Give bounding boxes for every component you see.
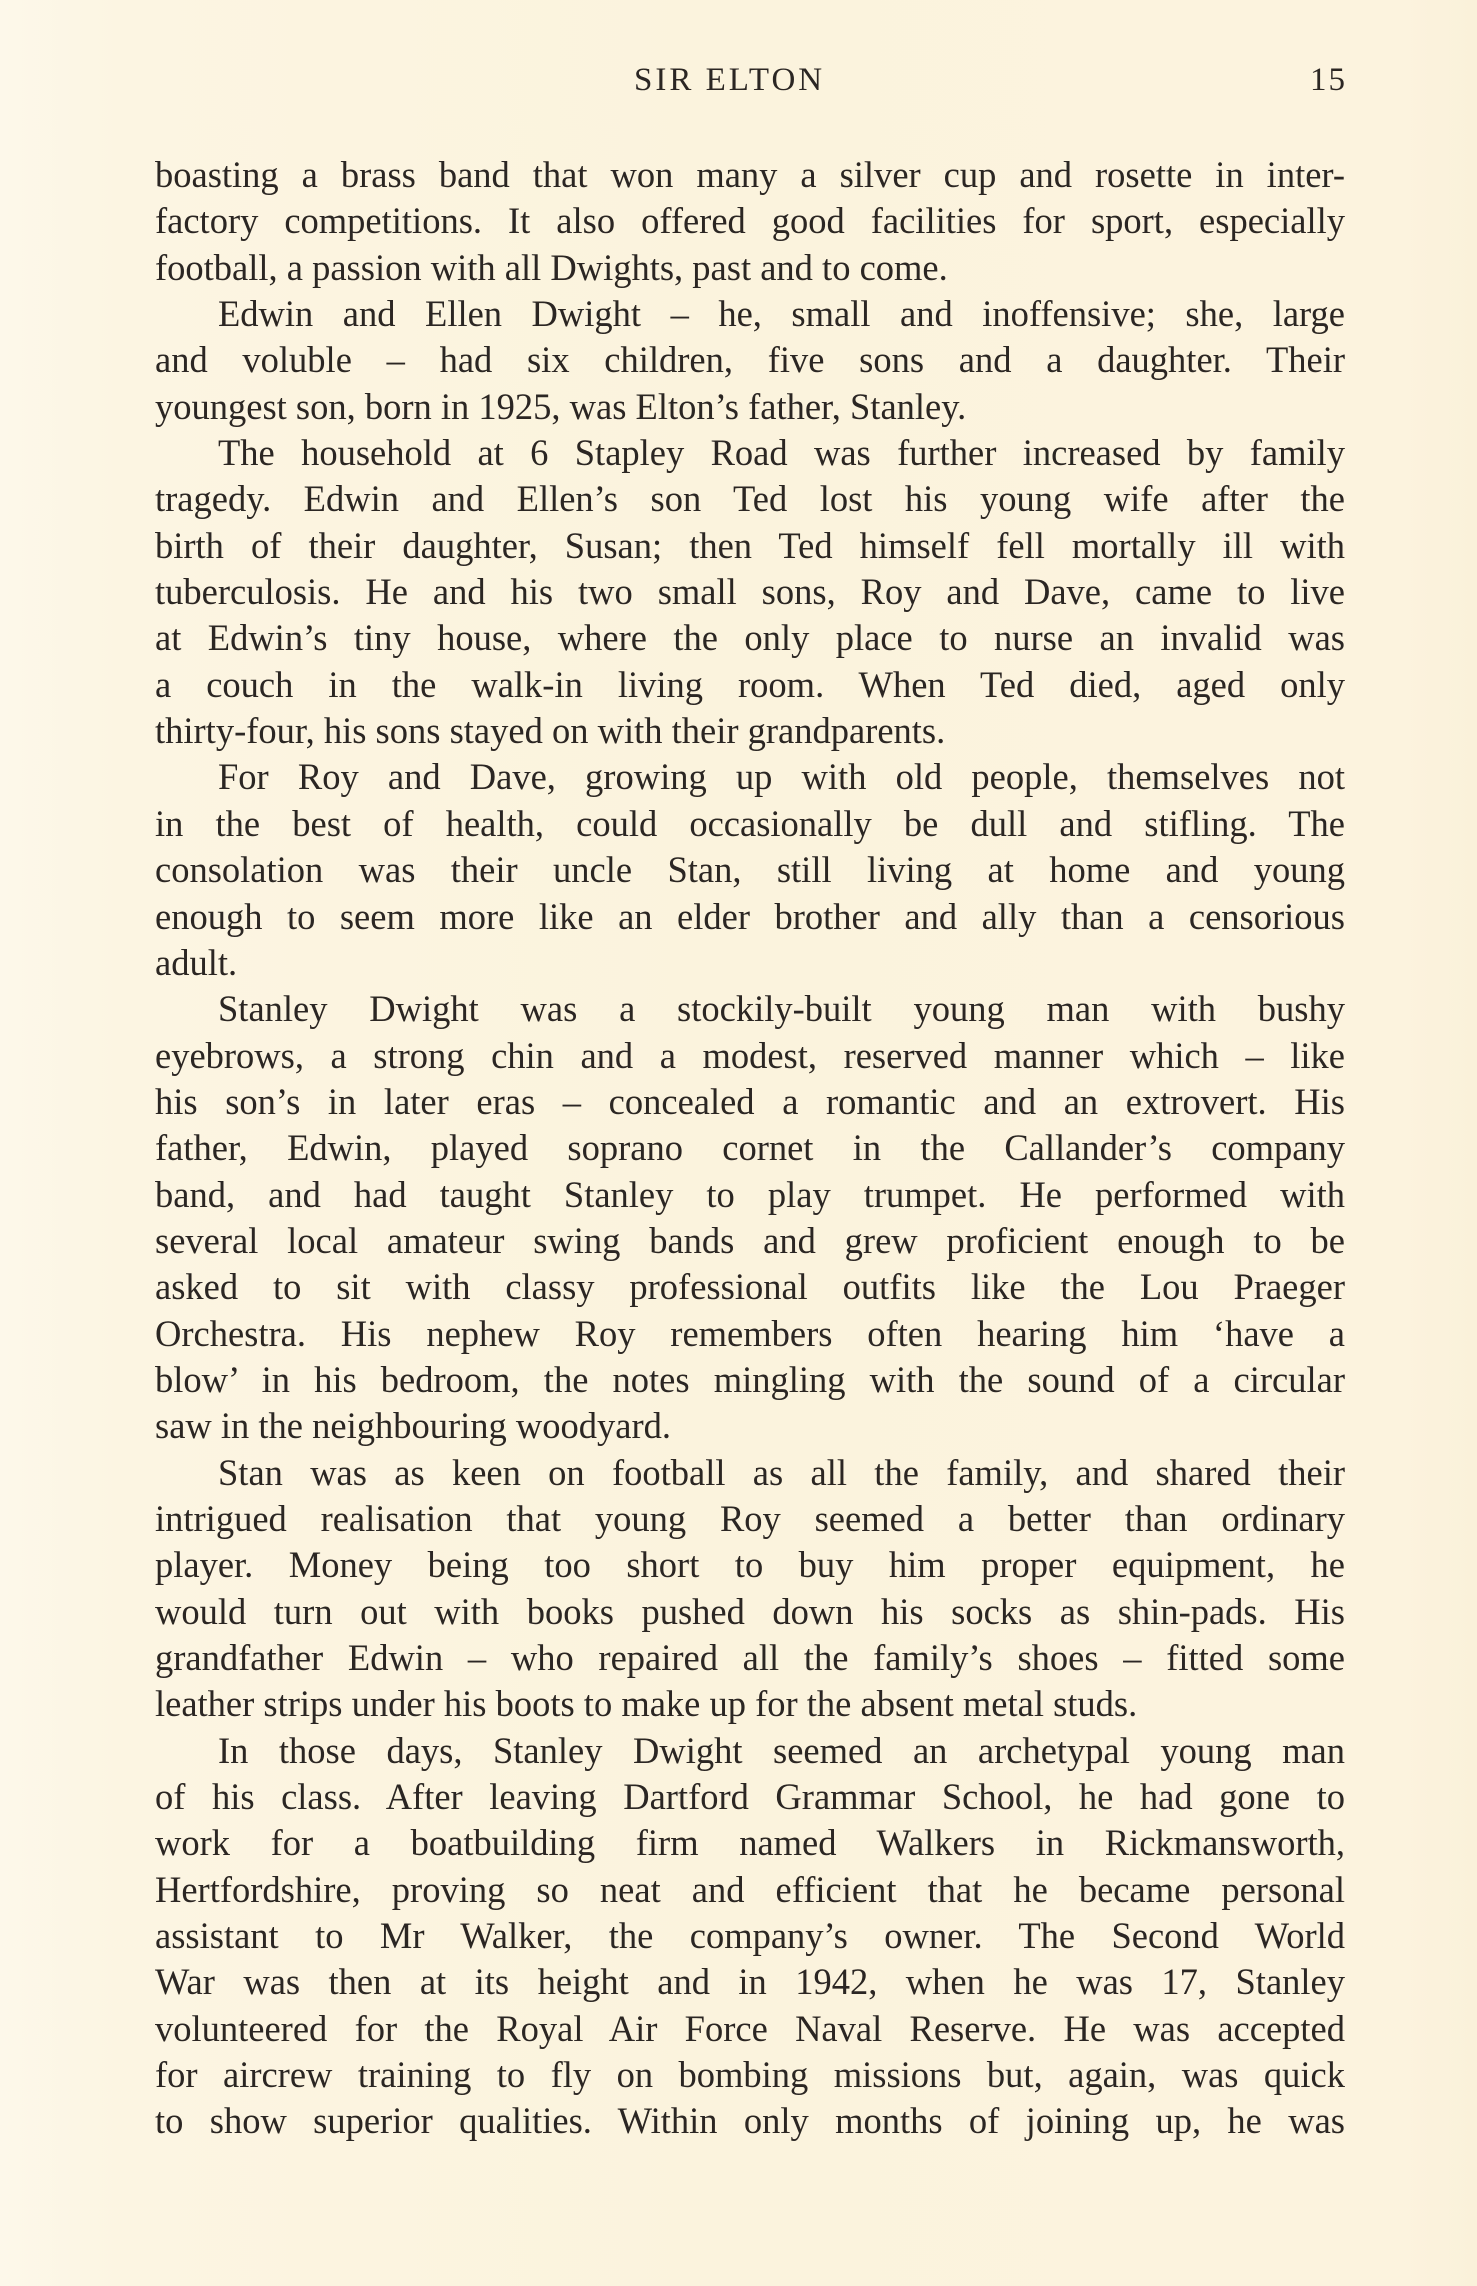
text-line: adult.	[155, 940, 1345, 986]
text-line: Hertfordshire, proving so neat and effic…	[155, 1867, 1345, 1913]
text-line: leather strips under his boots to make u…	[155, 1681, 1345, 1727]
text-line: grandfather Edwin – who repaired all the…	[155, 1635, 1345, 1681]
text-line: assistant to Mr Walker, the company’s ow…	[155, 1913, 1345, 1959]
running-head: SIR ELTON 15	[155, 58, 1347, 102]
text-line: blow’ in his bedroom, the notes mingling…	[155, 1357, 1345, 1403]
paragraph: The household at 6 Stapley Road was furt…	[155, 430, 1345, 754]
text-line: enough to seem more like an elder brothe…	[155, 894, 1345, 940]
text-line: and voluble – had six children, five son…	[155, 337, 1345, 383]
text-line: at Edwin’s tiny house, where the only pl…	[155, 615, 1345, 661]
paragraph: boasting a brass band that won many a si…	[155, 152, 1345, 291]
text-line: eyebrows, a strong chin and a modest, re…	[155, 1033, 1345, 1079]
text-line: saw in the neighbouring woodyard.	[155, 1403, 1345, 1449]
text-line: to show superior qualities. Within only …	[155, 2098, 1345, 2144]
text-line: birth of their daughter, Susan; then Ted…	[155, 523, 1345, 569]
text-line: for aircrew training to fly on bombing m…	[155, 2052, 1345, 2098]
text-line: intrigued realisation that young Roy see…	[155, 1496, 1345, 1542]
text-line: tragedy. Edwin and Ellen’s son Ted lost …	[155, 476, 1345, 522]
text-line: In those days, Stanley Dwight seemed an …	[155, 1728, 1345, 1774]
text-line: youngest son, born in 1925, was Elton’s …	[155, 384, 1345, 430]
text-line: War was then at its height and in 1942, …	[155, 1959, 1345, 2005]
text-line: factory competitions. It also offered go…	[155, 198, 1345, 244]
body-text: boasting a brass band that won many a si…	[155, 152, 1345, 2145]
text-line: would turn out with books pushed down hi…	[155, 1589, 1345, 1635]
text-line: Stan was as keen on football as all the …	[155, 1450, 1345, 1496]
text-line: in the best of health, could occasionall…	[155, 801, 1345, 847]
text-line: The household at 6 Stapley Road was furt…	[155, 430, 1345, 476]
paragraph: For Roy and Dave, growing up with old pe…	[155, 754, 1345, 986]
text-line: thirty-four, his sons stayed on with the…	[155, 708, 1345, 754]
running-title: SIR ELTON	[634, 58, 825, 102]
text-line: tuberculosis. He and his two small sons,…	[155, 569, 1345, 615]
text-line: of his class. After leaving Dartford Gra…	[155, 1774, 1345, 1820]
text-line: For Roy and Dave, growing up with old pe…	[155, 754, 1345, 800]
paragraph: Stan was as keen on football as all the …	[155, 1450, 1345, 1728]
text-line: asked to sit with classy professional ou…	[155, 1264, 1345, 1310]
text-line: a couch in the walk-in living room. When…	[155, 662, 1345, 708]
text-line: Edwin and Ellen Dwight – he, small and i…	[155, 291, 1345, 337]
text-line: consolation was their uncle Stan, still …	[155, 847, 1345, 893]
text-line: father, Edwin, played soprano cornet in …	[155, 1125, 1345, 1171]
text-line: several local amateur swing bands and gr…	[155, 1218, 1345, 1264]
page-number: 15	[1310, 58, 1347, 102]
text-line: football, a passion with all Dwights, pa…	[155, 245, 1345, 291]
text-line: band, and had taught Stanley to play tru…	[155, 1172, 1345, 1218]
text-line: Orchestra. His nephew Roy remembers ofte…	[155, 1311, 1345, 1357]
paragraph: Stanley Dwight was a stockily-built youn…	[155, 986, 1345, 1449]
text-line: Stanley Dwight was a stockily-built youn…	[155, 986, 1345, 1032]
text-line: player. Money being too short to buy him…	[155, 1542, 1345, 1588]
paragraph: Edwin and Ellen Dwight – he, small and i…	[155, 291, 1345, 430]
paragraph: In those days, Stanley Dwight seemed an …	[155, 1728, 1345, 2145]
text-line: boasting a brass band that won many a si…	[155, 152, 1345, 198]
text-line: his son’s in later eras – concealed a ro…	[155, 1079, 1345, 1125]
text-line: work for a boatbuilding firm named Walke…	[155, 1820, 1345, 1866]
text-line: volunteered for the Royal Air Force Nava…	[155, 2006, 1345, 2052]
